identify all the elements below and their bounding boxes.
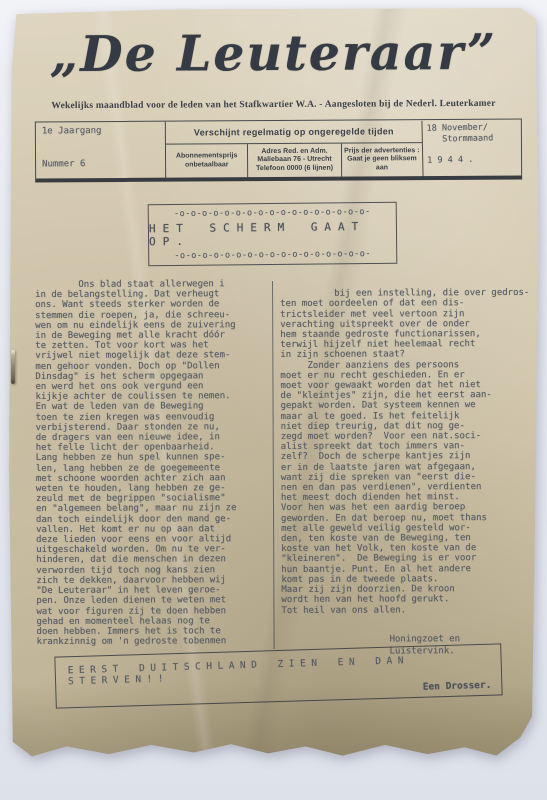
ornament-bottom: -o-o-o-o-o-o-o-o-o-o-o-o-o-o-o-o-o- xyxy=(174,249,371,261)
address-cell: Adres Red. en Adm. Maliebaan 76 - Utrech… xyxy=(247,144,341,178)
article-headline: HET SCHERM GAAT OP. xyxy=(149,220,396,249)
frequency-line: Verschijnt regelmatig op ongeregelde tij… xyxy=(166,120,422,145)
right-column-text: bij een instelling, die over gedros- ten… xyxy=(280,288,529,615)
paper-shadow-wrap: „De Leuteraar” Wekelijks maandblad voor … xyxy=(0,0,547,800)
article-body: Ons blad staat allerwegen i in de belang… xyxy=(8,278,539,280)
issue-info-table: 1e Jaargang Nummer 6 Verschijnt regelmat… xyxy=(35,119,522,183)
publication-subcells: Abonnementsprijs onbetaalbaar Adres Red.… xyxy=(166,143,422,178)
publication-info-cell: Verschijnt regelmatig op ongeregelde tij… xyxy=(166,120,422,178)
slogan-box: EERST DUITSCHLAND ZIEN EN DAN STERVEN!! … xyxy=(54,643,502,708)
issue-number-cell: 1e Jaargang Nummer 6 xyxy=(36,122,166,179)
scanned-newsletter-screenshot: „De Leuteraar” Wekelijks maandblad voor … xyxy=(0,0,547,800)
issue-date-cell: 18 November/ Stormmaand 1 9 4 4 . xyxy=(421,119,521,177)
article-left-column: Ons blad staat allerwegen i in de belang… xyxy=(35,279,274,647)
ornament-top: -o-o-o-o-o-o-o-o-o-o-o-o-o-o-o-o-o- xyxy=(174,207,371,219)
ad-price-cell: Prijs der advertenties : Gaat je geen bl… xyxy=(341,143,422,176)
staple xyxy=(11,350,15,384)
subscription-price-cell: Abonnementsprijs onbetaalbaar xyxy=(166,144,247,177)
newspaper-page: „De Leuteraar” Wekelijks maandblad voor … xyxy=(8,8,539,774)
column-divider-rule xyxy=(272,281,275,649)
article-right-column: bij een instelling, die over gedros- ten… xyxy=(280,278,530,678)
headline-box: -o-o-o-o-o-o-o-o-o-o-o-o-o-o-o-o-o- HET … xyxy=(148,202,398,267)
masthead-subtitle: Wekelijks maandblad voor de leden van he… xyxy=(8,99,539,112)
masthead-title: „De Leuteraar” xyxy=(8,23,539,84)
